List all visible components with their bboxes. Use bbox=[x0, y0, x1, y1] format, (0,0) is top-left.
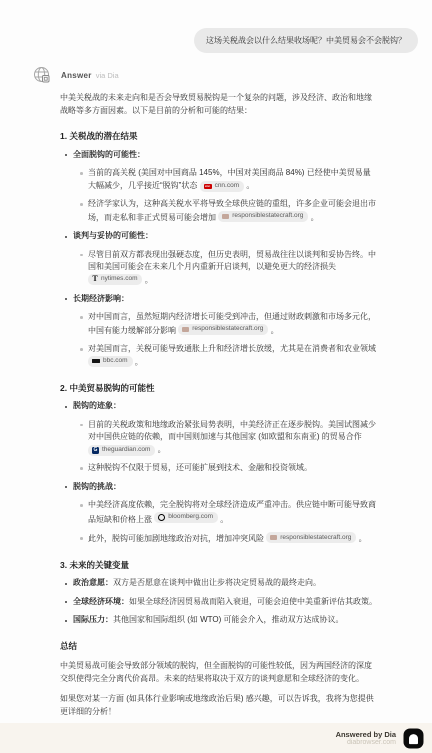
citation-pill-rsc[interactable]: responsiblestatecraft.org bbox=[178, 324, 268, 335]
sub-bullet-item: 中美经济高度依赖，完全脱钩将对全球经济造成严重冲击。供应链中断可能导致商品短缺和… bbox=[60, 499, 378, 526]
section-heading: 总结 bbox=[60, 640, 378, 653]
bullet-label: 脱钩的挑战： bbox=[73, 482, 121, 491]
user-question-bubble: 这场关税战会以什么结果收场呢？中美贸易会不会脱钩？ bbox=[194, 28, 418, 53]
sub-bullet-item: 尽管目前双方都表现出强硬态度，但历史表明，贸易战往往以谈判和妥协告终。中国和美国… bbox=[60, 249, 378, 287]
sub-bullet-item: 这种脱钩不仅限于贸易，还可能扩展到技术、金融和投资领域。 bbox=[60, 462, 378, 475]
citation-label: nytimes.com bbox=[101, 275, 137, 283]
footer-bar: Answered by Dia diabrowser.com bbox=[0, 723, 432, 753]
citation-pill-cnn[interactable]: cnn.com bbox=[200, 181, 245, 192]
sub-bullet-item: 对中国而言，虽然短期内经济增长可能受到冲击，但通过财政刺激和市场多元化，中国有能… bbox=[60, 311, 378, 337]
bullet-label: 全球经济环境： bbox=[73, 597, 129, 606]
responsiblestatecraft-icon bbox=[222, 214, 229, 219]
citation-pill-rsc[interactable]: responsiblestatecraft.org bbox=[218, 211, 308, 222]
dia-answer-page: 这场关税战会以什么结果收场呢？中美贸易会不会脱钩？ Answer via Dia… bbox=[0, 0, 432, 753]
citation-label: responsiblestatecraft.org bbox=[192, 325, 263, 333]
answer-source-label: via Dia bbox=[96, 71, 119, 80]
citation-label: cnn.com bbox=[215, 182, 240, 190]
paragraph: 如果您对某一方面 (如具体行业影响或地缘政治后果) 感兴趣，可以告诉我，我将为您… bbox=[60, 693, 378, 718]
bullet-item: 政治意愿：双方是否愿意在谈判中做出让步将决定贸易战的最终走向。 bbox=[60, 577, 378, 590]
citation-pill-guardian[interactable]: theguardian.com bbox=[88, 445, 155, 456]
sub-bullet-item: 经济学家认为，这种高关税水平将导致全球供应链的重组，许多企业可能会退出市场，而走… bbox=[60, 198, 378, 224]
footer-text: Answered by Dia diabrowser.com bbox=[336, 730, 396, 747]
bbc-icon bbox=[92, 359, 100, 363]
sub-bullet-item: 当前的高关税 (美国对中国商品 145%，中国对美国商品 84%) 已经使中美贸… bbox=[60, 167, 378, 192]
citation-label: bloomberg.com bbox=[168, 513, 213, 521]
answer-header: Answer via Dia bbox=[33, 66, 432, 84]
citation-label: theguardian.com bbox=[102, 446, 150, 454]
bullet-label: 政治意愿： bbox=[73, 578, 113, 587]
responsiblestatecraft-icon bbox=[270, 535, 277, 540]
bullet-item: 全面脱钩的可能性： bbox=[60, 149, 378, 162]
bullet-item: 全球经济环境：如果全球经济因贸易战而陷入衰退，可能会迫使中美重新评估其政策。 bbox=[60, 596, 378, 609]
section-heading: 3. 未来的关键变量 bbox=[60, 559, 378, 572]
paragraph: 中美关税战的未来走向和是否会导致贸易脱钩是一个复杂的问题，涉及经济、政治和地缘战… bbox=[60, 92, 378, 117]
citation-label: bbc.com bbox=[103, 357, 128, 365]
bullet-item: 脱钩的迹象： bbox=[60, 400, 378, 413]
bloomberg-icon bbox=[158, 514, 165, 521]
answer-content: 中美关税战的未来走向和是否会导致贸易脱钩是一个复杂的问题，涉及经济、政治和地缘战… bbox=[60, 92, 378, 718]
user-message-row: 这场关税战会以什么结果收场呢？中美贸易会不会脱钩？ bbox=[0, 0, 432, 53]
bullet-item: 脱钩的挑战： bbox=[60, 481, 378, 494]
citation-pill-bbc[interactable]: bbc.com bbox=[88, 356, 133, 367]
paragraph: 中美贸易战可能会导致部分领域的脱钩，但全面脱钩的可能性较低，因为两国经济的深度交… bbox=[60, 660, 378, 685]
answered-by-label: Answered by Dia bbox=[336, 730, 396, 739]
citation-label: responsiblestatecraft.org bbox=[280, 534, 351, 542]
bullet-item: 谈判与妥协的可能性： bbox=[60, 230, 378, 243]
responsiblestatecraft-icon bbox=[182, 327, 189, 332]
bullet-label: 全面脱钩的可能性： bbox=[73, 150, 145, 159]
bullet-label: 国际压力： bbox=[73, 615, 113, 624]
cnn-icon bbox=[204, 184, 212, 189]
bullet-item: 国际压力：其他国家和国际组织 (如 WTO) 可能会介入，推动双方达成协议。 bbox=[60, 614, 378, 627]
section-heading: 1. 关税战的潜在结果 bbox=[60, 130, 378, 143]
citation-label: responsiblestatecraft.org bbox=[232, 212, 303, 220]
sub-bullet-item: 对美国而言，关税可能导致通胀上升和经济增长放缓，尤其是在消费者和农业领域 bbc… bbox=[60, 343, 378, 369]
nytimes-icon bbox=[92, 275, 98, 283]
globe-icon bbox=[33, 66, 51, 84]
dia-logo[interactable] bbox=[403, 728, 424, 749]
section-heading: 2. 中美贸易脱钩的可能性 bbox=[60, 382, 378, 395]
citation-pill-rsc[interactable]: responsiblestatecraft.org bbox=[266, 532, 356, 543]
bullet-label: 长期经济影响： bbox=[73, 294, 129, 303]
bullet-item: 长期经济影响： bbox=[60, 293, 378, 306]
sub-bullet-item: 此外，脱钩可能加剧地缘政治对抗，增加冲突风险 responsiblestatec… bbox=[60, 532, 378, 546]
diabrowser-link[interactable]: diabrowser.com bbox=[336, 739, 396, 747]
bullet-label: 脱钩的迹象： bbox=[73, 401, 121, 410]
bullet-label: 谈判与妥协的可能性： bbox=[73, 231, 153, 240]
citation-pill-bloomberg[interactable]: bloomberg.com bbox=[154, 512, 218, 523]
theguardian-icon bbox=[92, 447, 99, 454]
citation-pill-nyt[interactable]: nytimes.com bbox=[88, 274, 142, 285]
sub-bullet-item: 目前的关税政策和地缘政治紧张局势表明，中美经济正在逐步脱钩。美国试图减少对中国供… bbox=[60, 419, 378, 457]
answer-label: Answer bbox=[61, 71, 92, 80]
